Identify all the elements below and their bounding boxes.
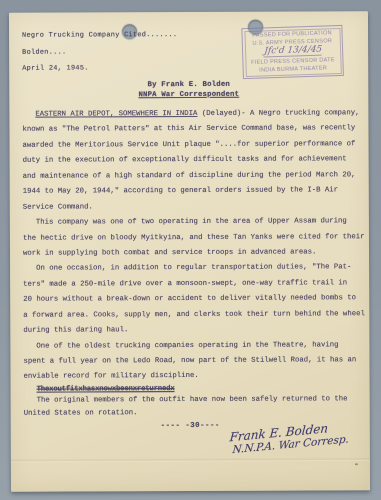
paragraph-1-line-1: EASTERN AIR DEPOT, SOMEWHERE IN INDIA (D… [22, 106, 368, 123]
paper-speck [355, 463, 358, 465]
paragraph-1-line-3: awarded the Meritorious Service Unit pla… [23, 137, 369, 154]
paragraph-4-line-2: spent a full year on the Ledo Road, now … [23, 353, 369, 370]
paragraph-1-line-2: known as "The Petrol Patters" at this Ai… [22, 122, 368, 139]
stamp-theater-line: INDIA BURMA THEATER [259, 65, 327, 73]
paper-page: Negro Trucking Company Cited....... Bold… [9, 11, 370, 492]
paragraph-1-line-5: and maintenance of a high standard of di… [23, 168, 369, 185]
paragraph-2-line-1: This company was one of two operating in… [23, 214, 369, 231]
paragraph-3-line-3: 20 hours without a break-down or acciden… [23, 291, 369, 308]
lede-rest: (Delayed)- A Negro trucking company, [197, 109, 359, 118]
stamp-handwritten-signature: Jfc'd 13/4/45 [263, 46, 322, 58]
censor-stamp-inner-border: PASSED FOR PUBLICATION U.S. ARMY PRESS C… [244, 28, 341, 77]
paragraph-3-line-1: On one occasion, in addition to regular … [23, 261, 369, 278]
scanned-document-photo: Negro Trucking Company Cited....... Bold… [0, 0, 381, 500]
paragraph-1-line-4: duty in the execution of exceptionally d… [23, 153, 369, 170]
byline-title: NNPA War Correspondent [9, 90, 368, 101]
date-line: April 24, 1945. [22, 60, 177, 77]
paragraph-3-line-2: ters" made a 250-mile drive over a monso… [23, 276, 369, 293]
censor-stamp: PASSED FOR PUBLICATION U.S. ARMY PRESS C… [241, 25, 344, 79]
document-header: Negro Trucking Company Cited....... Bold… [22, 27, 177, 77]
paragraph-5-line-1: The original members of the outfit have … [24, 393, 370, 408]
paragraph-2-line-2: the hectic drive on bloody Myitkyina, an… [23, 230, 369, 247]
paragraph-1-line-6: 1944 to May 20, 1944," according to gene… [23, 183, 369, 200]
paragraph-3-line-4: a forward area. Cooks, supply men, and c… [23, 307, 369, 324]
paragraph-5-line-2: United States on rotation. [24, 406, 370, 421]
dateline: EASTERN AIR DEPOT, SOMEWHERE IN INDIA [35, 110, 197, 119]
article-body: EASTERN AIR DEPOT, SOMEWHERE IN INDIA (D… [22, 106, 369, 420]
paragraph-1-line-7: Service Command. [23, 199, 369, 216]
paragraph-3-line-5: during this daring haul. [23, 322, 369, 339]
author-slug: Bolden.... [22, 44, 177, 61]
byline-block: By Frank E. Bolden NNPA War Corresponden… [9, 80, 368, 101]
paper-crease [11, 457, 370, 463]
paragraph-2-line-3: work in supplying both combat and servic… [23, 245, 369, 262]
slug-line: Negro Trucking Company Cited....... [22, 27, 177, 44]
paragraph-4-line-3: enviable record for military discipline. [24, 369, 370, 386]
paragraph-4-line-1: One of the oldest trucking companies ope… [23, 338, 369, 355]
